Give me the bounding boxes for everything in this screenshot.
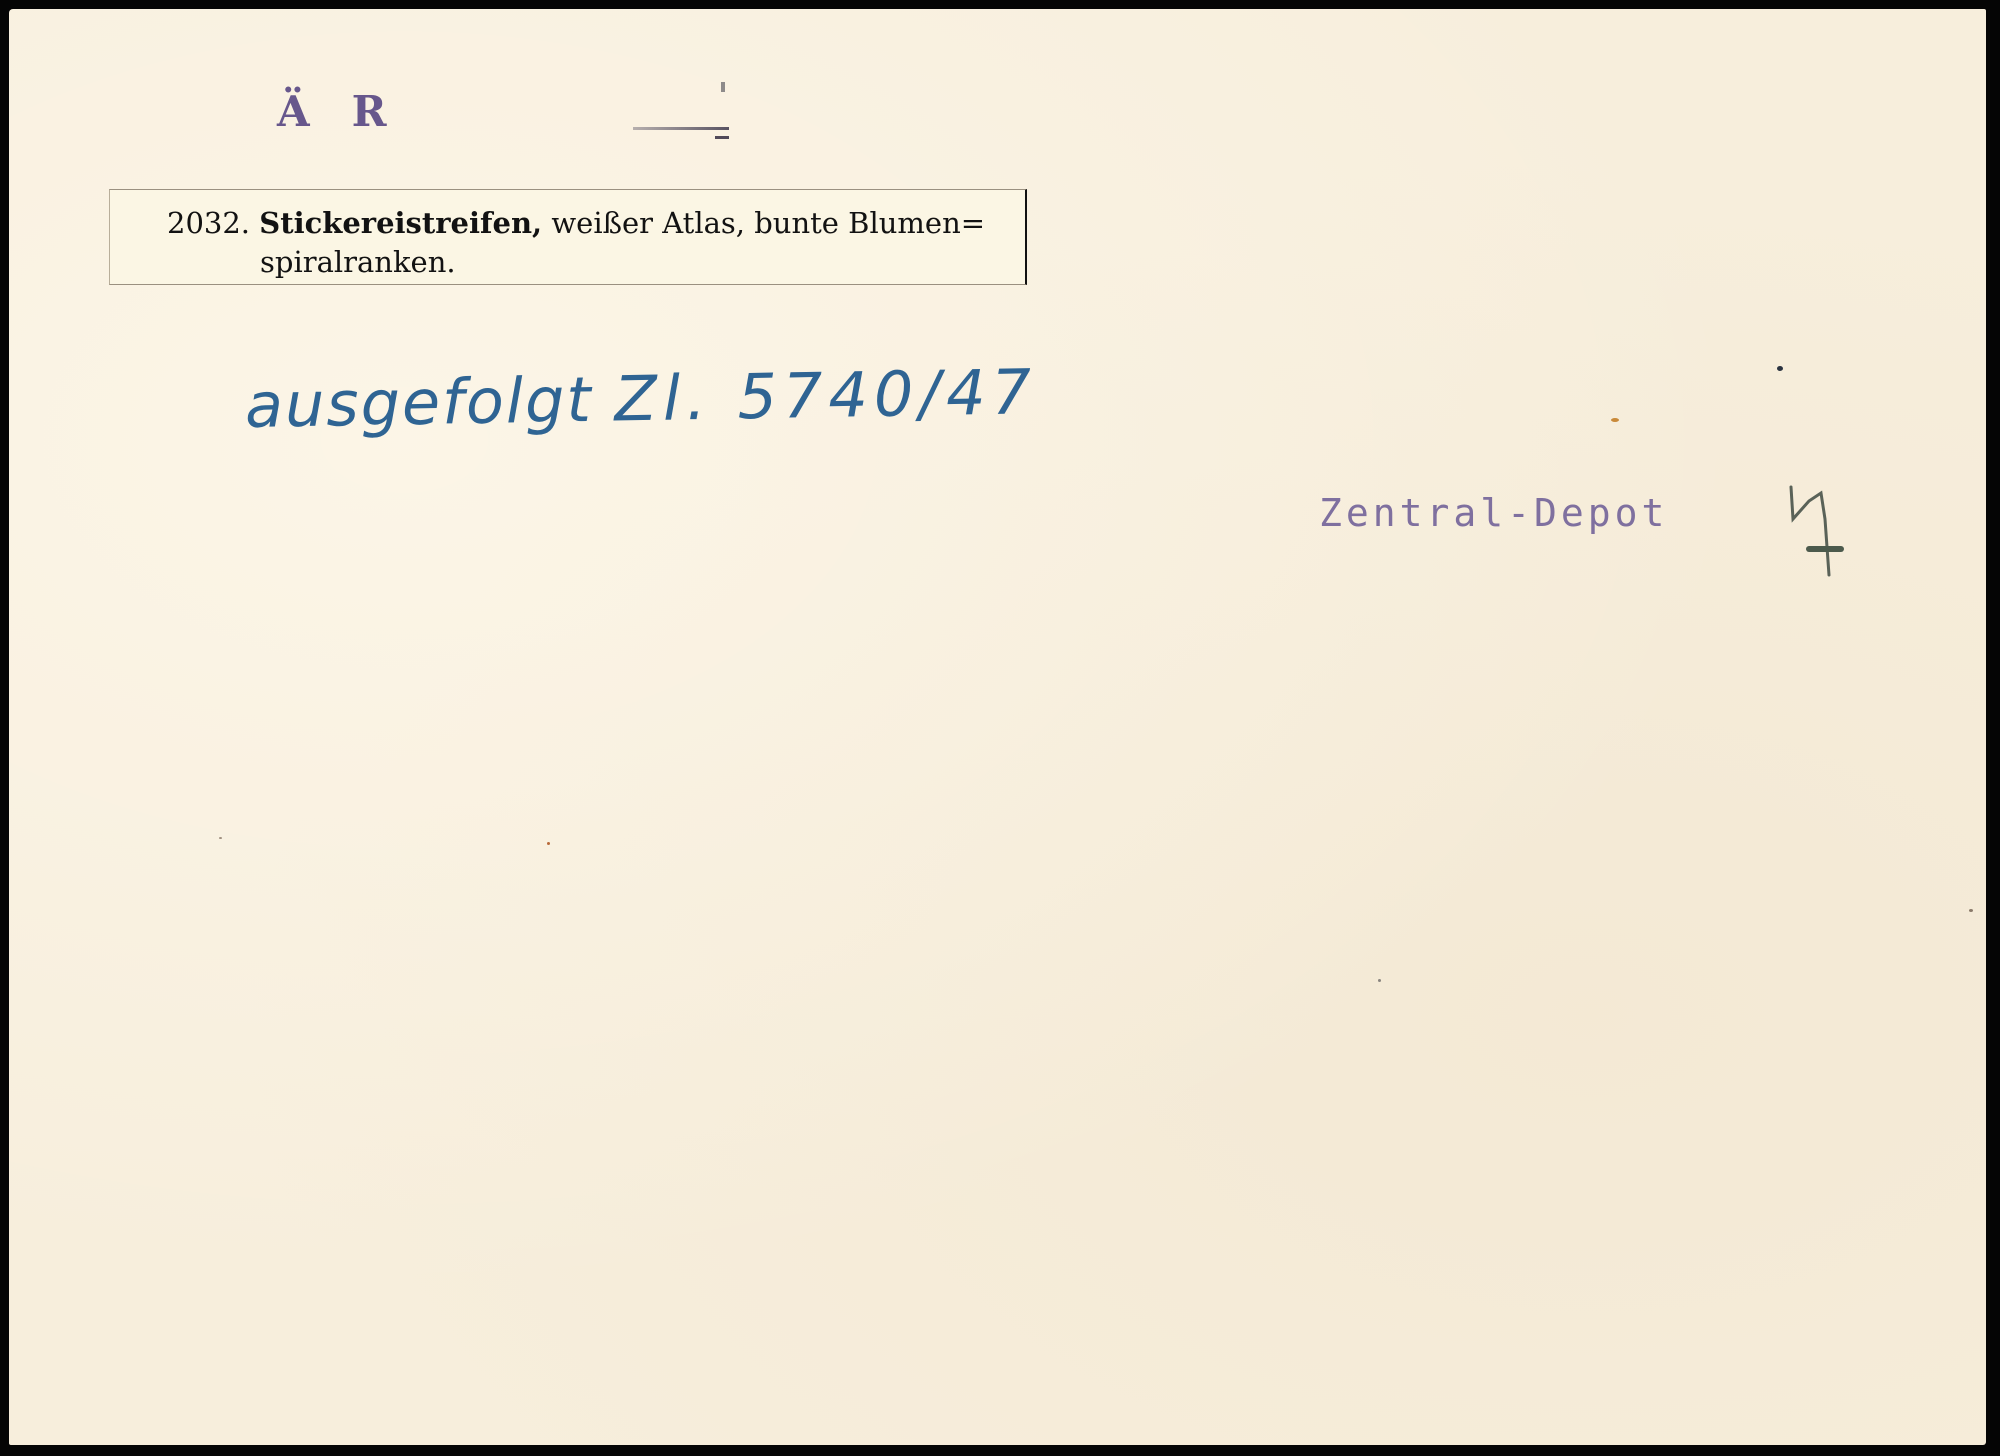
rust-speck xyxy=(547,842,550,845)
grey-speck xyxy=(219,837,222,839)
ink-speck xyxy=(1777,366,1783,371)
catalogue-card: ÄR 2032. Stickereistreifen, weißer Atlas… xyxy=(9,9,1986,1445)
stamp-ar: ÄR xyxy=(277,87,429,136)
pencil-tick-mark xyxy=(721,82,725,92)
label-text: 2032. Stickereistreifen, weißer Atlas, b… xyxy=(167,204,1027,282)
stamp-letter-a: Ä xyxy=(277,87,314,136)
handwritten-note: ausgefolgt Zl. 5740/47 xyxy=(244,355,1037,442)
handwritten-reference: Zl. 5740/47 xyxy=(614,355,1038,435)
handwritten-word: ausgefolgt xyxy=(244,363,593,442)
printed-label-slip: 2032. Stickereistreifen, weißer Atlas, b… xyxy=(109,189,1027,285)
stamp-letter-r: R xyxy=(352,87,391,136)
label-line1-rest: weißer Atlas, bunte Blumen= xyxy=(551,206,985,240)
stamp-zentral-depot: Zentral-Depot xyxy=(1319,491,1668,535)
pencil-dash-mark xyxy=(633,127,729,130)
rust-speck xyxy=(1611,418,1619,422)
grey-speck xyxy=(1969,909,1973,912)
label-line2: spiralranken. xyxy=(167,243,1027,282)
label-title: Stickereistreifen, xyxy=(259,206,542,240)
label-number: 2032. xyxy=(167,206,250,240)
grey-speck xyxy=(1378,979,1381,982)
pencil-dash-mark-small xyxy=(715,136,729,139)
pencil-seven-mark xyxy=(1785,479,1845,579)
